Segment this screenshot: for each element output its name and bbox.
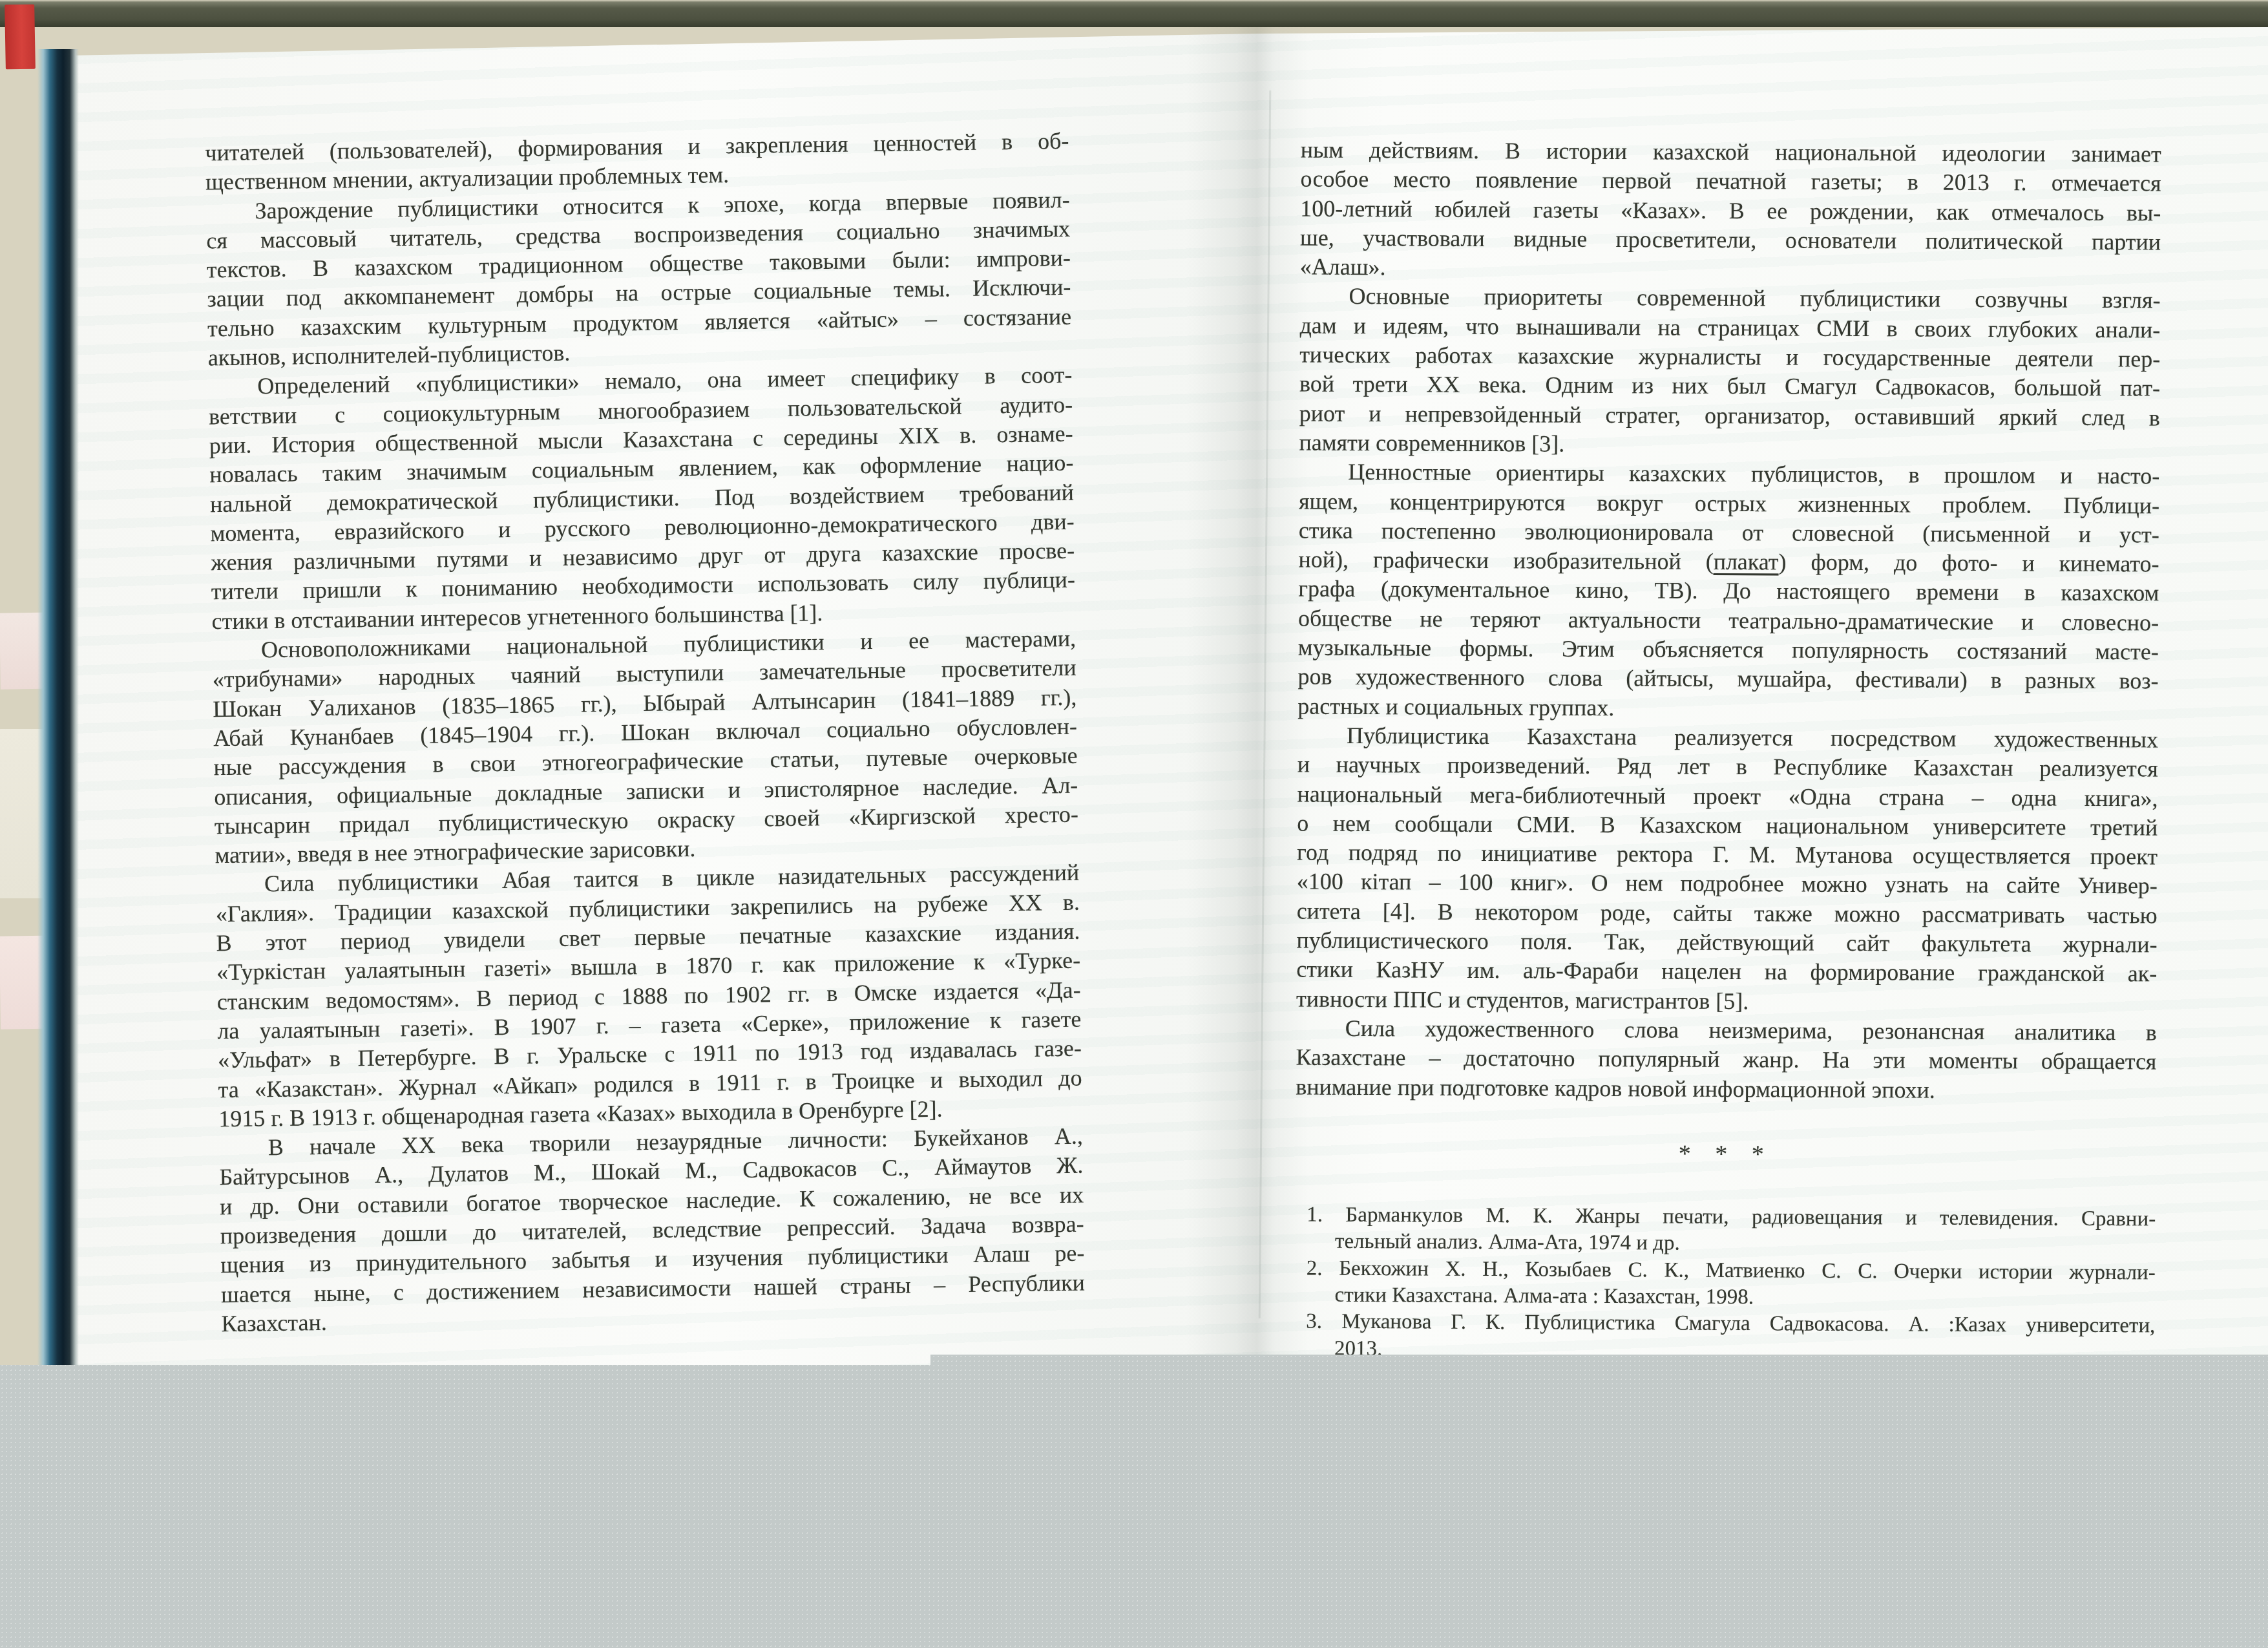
reference-line: стики Казахстана. Алма-ата : Казахстан, …	[1306, 1282, 2155, 1313]
references-list: 1. Барманкулов М. К. Жанры печати, радио…	[1294, 1201, 2156, 1366]
text-line: тических работах казахские журналисты и …	[1299, 341, 2160, 374]
text-line: ров художественного слова (айтысы, мушай…	[1297, 662, 2158, 696]
text-line: и научных произведений. Ряд лет в Респуб…	[1297, 750, 2158, 784]
text-line: «100 кітап – 100 книг». О нем подробнее …	[1297, 867, 2158, 901]
red-bookmark-tab	[5, 5, 36, 70]
scanner-lid-bar	[0, 0, 2268, 27]
underlined-word: плакат	[1714, 549, 1779, 575]
text-line: внимание при подготовке кадров новой инф…	[1296, 1072, 2156, 1106]
text-line: публицистического поля. Так, действующий…	[1296, 926, 2157, 960]
text-line: ше, участвовали видные просветители, осн…	[1300, 223, 2161, 257]
text-line: риот и непревзойденный стратег, организа…	[1299, 399, 2160, 432]
text-line: о нем сообщали СМИ. В Казахском национал…	[1297, 808, 2158, 842]
text-line: тивности ППС и студентов, магистрантов […	[1296, 984, 2157, 1018]
reference-line: тельный анализ. Алма-Ата, 1974 и др.	[1307, 1229, 2156, 1260]
scanner-background-band	[0, 1355, 2268, 1648]
reference-line: 1. Барманкулов М. К. Жанры печати, радио…	[1307, 1201, 2156, 1232]
text-line: ной), графически изобразительной (плакат…	[1298, 545, 2159, 579]
text-line: национальный мега-библиотечный проект «О…	[1297, 779, 2158, 813]
text-line: стика постепенно эволюционировала от сло…	[1299, 516, 2159, 549]
text-line: дам и идеям, что вынашивали на страницах…	[1299, 311, 2160, 344]
text-line: стики КазНУ им. аль-Фараби нацелен на фо…	[1296, 955, 2157, 989]
text-line: растных и социальных группах.	[1297, 692, 2158, 725]
book-cover-edge	[37, 49, 79, 1368]
reference-line: 3. Муканова Г. К. Публицистика Смагула С…	[1306, 1309, 2155, 1340]
text-line: графа (документальное кино, ТВ). До наст…	[1298, 575, 2159, 608]
text-line: год подряд по инициативе ректора Г. М. М…	[1297, 838, 2158, 872]
text-line: особое место появление первой печатной г…	[1301, 165, 2161, 198]
book-scan: читателей (пользователей), формирования …	[0, 0, 2268, 1648]
text-line: памяти современников [3].	[1299, 428, 2159, 461]
section-separator: * * *	[1296, 1137, 2156, 1171]
text-line: ящем, концентрируются вокруг острых жизн…	[1299, 487, 2159, 520]
text-line: музыкальные формы. Этим объясняется попу…	[1298, 633, 2159, 667]
text-line: Публицистика Казахстана реализуется поср…	[1297, 721, 2158, 754]
text-line: «Алаш».	[1300, 253, 2161, 286]
text-line: ситета [4]. В некотором роде, сайты такж…	[1297, 896, 2158, 930]
text-line: Основные приоритеты современной публицис…	[1300, 282, 2161, 315]
right-page-text: ным действиям. В истории казахской нацио…	[1294, 136, 2161, 1367]
text-line: Казахстане – достаточно популярный жанр.…	[1296, 1043, 2156, 1077]
text-line: ным действиям. В истории казахской нацио…	[1301, 136, 2161, 169]
book-gutter-shadow	[1186, 26, 1308, 1364]
left-page-text: читателей (пользователей), формирования …	[205, 127, 1086, 1339]
reference-line: 2. Бекхожин Х. Н., Козыбаев С. К., Матви…	[1307, 1255, 2156, 1286]
text-line: Ценностные ориентиры казахских публицист…	[1299, 458, 2159, 491]
text-line: обществе не теряют актуальности театраль…	[1298, 604, 2159, 637]
text-line: 100-летний юбилей газеты «Казах». В ее р…	[1300, 194, 2161, 227]
text-line: Сила художественного слова неизмерима, р…	[1296, 1013, 2157, 1047]
text-line: вой трети XX века. Одним из них был Смаг…	[1299, 370, 2160, 403]
